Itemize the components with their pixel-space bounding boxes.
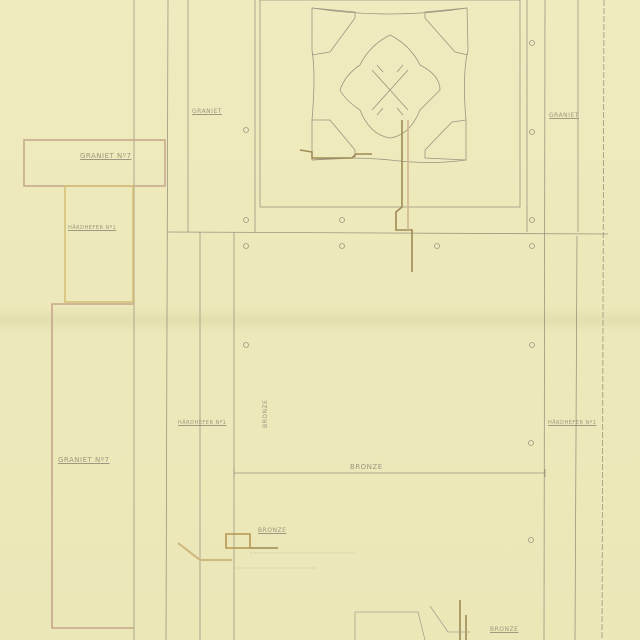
label-bronze-dimension: BRONZE [350, 463, 383, 471]
label-bronze-detail-right: BRONZE [490, 626, 518, 633]
label-graniet-inner-right: GRANIET [549, 112, 579, 119]
label-graniet-inner-left: GRANIET [192, 108, 222, 115]
label-bronze-detail-left: BRONZE [258, 527, 286, 534]
label-graniet-lower-left: GRANIET Nº7 [58, 456, 110, 464]
drawing-sheet: GRANIET Nº7 HÄRDHEFER Nº1 GRANIET GRANIE… [0, 0, 640, 640]
label-bronze-vertical: BRONZE [262, 400, 269, 428]
label-graniet-top-left: GRANIET Nº7 [80, 152, 132, 160]
label-hardhefer-mid-right: HÄRDHEFER Nº1 [548, 420, 596, 426]
plan-drawing [0, 0, 640, 640]
label-hardhefer-mid-left: HÄRDHEFER Nº1 [178, 420, 226, 426]
label-hardhefer-left: HÄRDHEFER Nº1 [68, 225, 116, 231]
